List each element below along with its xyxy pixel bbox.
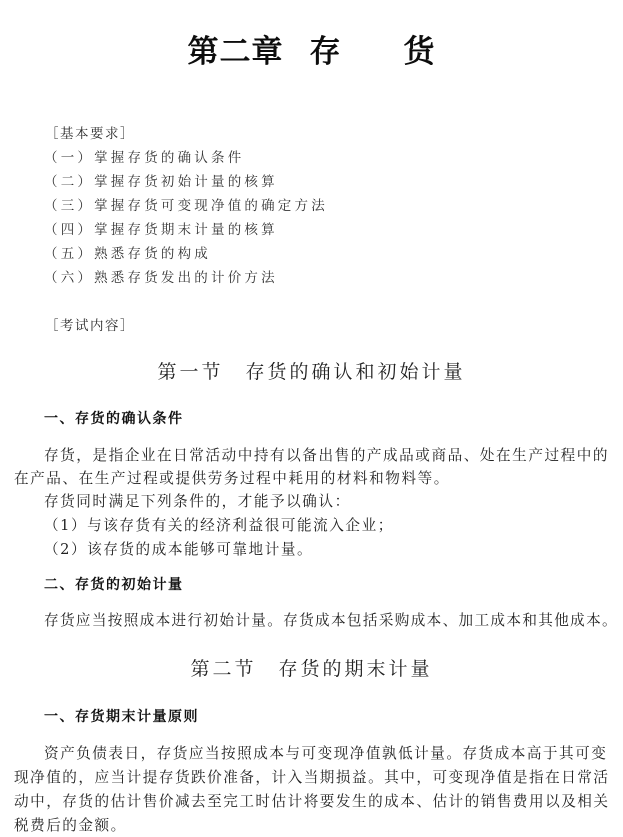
section-1-number: 第一节 xyxy=(157,361,223,383)
exam-content-heading: ［考试内容］ xyxy=(45,314,135,334)
section-2-number: 第二节 xyxy=(190,658,256,680)
section-2-title-text: 存货的期末计量 xyxy=(279,658,433,680)
section-1-title: 第一节存货的确认和初始计量 xyxy=(0,357,623,384)
section-2-sub-1-heading: 一、存货期末计量原则 xyxy=(44,706,199,726)
paragraph-line: 动中，存货的估计售价减去至完工时估计将要发生的成本、估计的销售费用以及相关 xyxy=(14,790,609,811)
chapter-title-char-2: 货 xyxy=(404,34,436,70)
requirements-heading: ［基本要求］ xyxy=(45,122,135,142)
paragraph-line: 存货同时满足下列条件的，才能予以确认： xyxy=(44,490,351,511)
paragraph-line: （1）与该存货有关的经济利益很可能流入企业； xyxy=(44,514,394,535)
requirement-item: （二）掌握存货初始计量的核算 xyxy=(44,170,278,190)
paragraph-line: 税费后的金额。 xyxy=(14,814,127,835)
requirement-item: （一）掌握存货的确认条件 xyxy=(44,146,244,166)
section-2-title: 第二节存货的期末计量 xyxy=(0,654,623,681)
requirement-item: （三）掌握存货可变现净值的确定方法 xyxy=(44,194,328,214)
paragraph-line: 存货应当按照成本进行初始计量。存货成本包括采购成本、加工成本和其他成本。 xyxy=(44,609,618,630)
paragraph-line: （2）该存货的成本能够可靠地计量。 xyxy=(44,538,313,559)
section-1-title-text: 存货的确认和初始计量 xyxy=(246,361,466,383)
paragraph-line: 资产负债表日，存货应当按照成本与可变现净值孰低计量。存货成本高于其可变 xyxy=(44,742,607,763)
requirement-item: （四）掌握存货期末计量的核算 xyxy=(44,218,278,238)
section-1-sub-2-heading: 二、存货的初始计量 xyxy=(44,574,184,594)
paragraph-line: 在产品、在生产过程或提供劳务过程中耗用的材料和物料等。 xyxy=(14,467,450,488)
chapter-number: 第二章 xyxy=(188,34,284,70)
section-1-sub-1-heading: 一、存货的确认条件 xyxy=(44,408,184,428)
chapter-title: 第二章存货 xyxy=(0,26,623,71)
chapter-title-char-1: 存 xyxy=(310,34,342,70)
requirement-item: （六）熟悉存货发出的计价方法 xyxy=(44,266,278,286)
requirement-item: （五）熟悉存货的构成 xyxy=(44,242,211,262)
paragraph-line: 存货，是指企业在日常活动中持有以备出售的产成品或商品、处在生产过程中的 xyxy=(44,444,609,465)
paragraph-line: 现净值的，应当计提存货跌价准备，计入当期损益。其中，可变现净值是指在日常活 xyxy=(14,766,609,787)
